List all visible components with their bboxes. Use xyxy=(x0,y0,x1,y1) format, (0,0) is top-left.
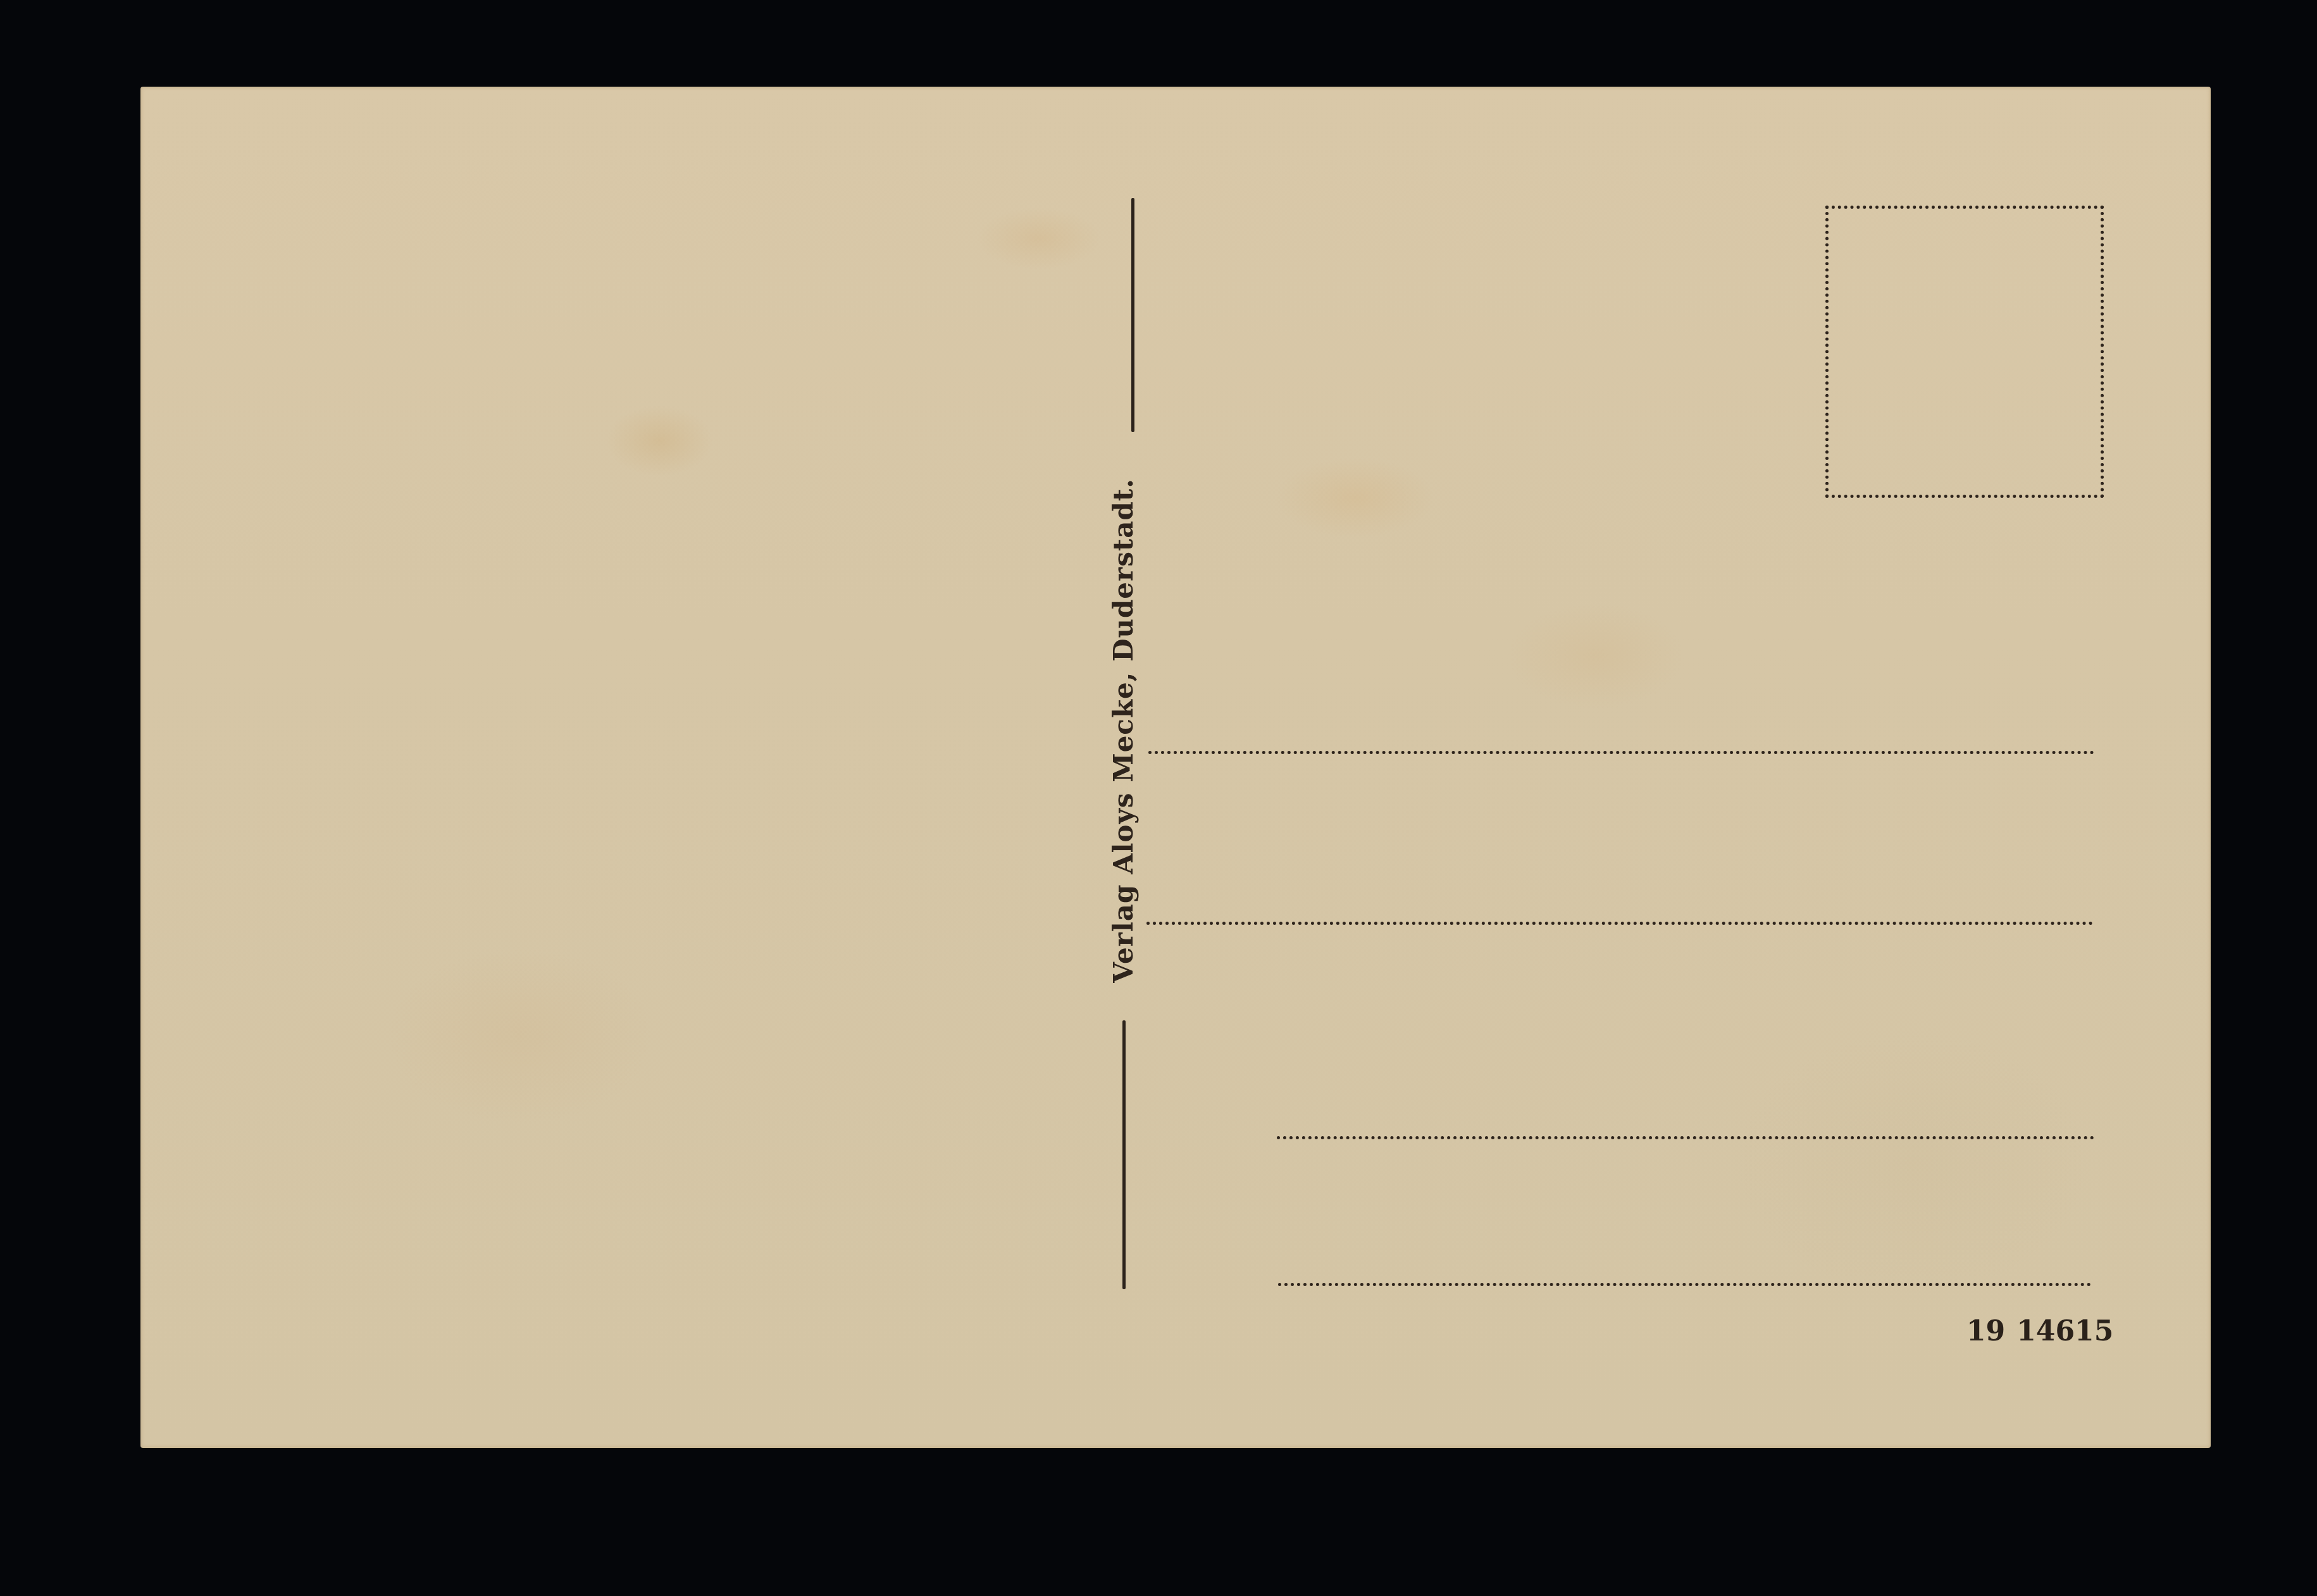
address-line-2 xyxy=(1146,922,2093,925)
center-divider-lower xyxy=(1122,1020,1126,1289)
serial-code: 14615 xyxy=(2016,1315,2113,1347)
publisher-imprint: Verlag Aloys Mecke, Duderstadt. xyxy=(1108,478,1139,983)
address-line-4 xyxy=(1278,1283,2091,1286)
postcard-back: Verlag Aloys Mecke, Duderstadt. 1914615 xyxy=(140,87,2211,1448)
serial-number: 1914615 xyxy=(1966,1315,2113,1347)
serial-prefix: 19 xyxy=(1966,1315,2005,1347)
address-line-1 xyxy=(1148,751,2094,754)
center-divider-upper xyxy=(1131,198,1134,432)
stamp-box xyxy=(1825,206,2104,498)
address-line-3 xyxy=(1277,1136,2094,1139)
